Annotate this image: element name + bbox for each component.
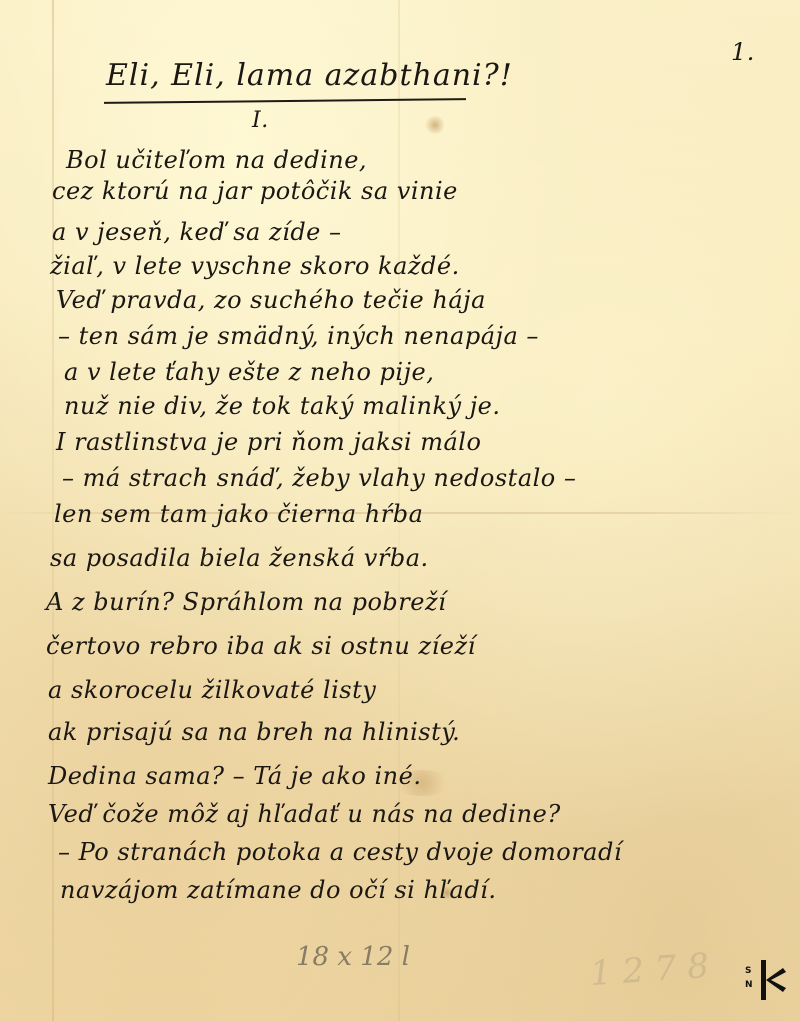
pencil-annotation: 18 x 12 l — [296, 942, 410, 972]
poem-line: a v lete ťahy ešte z neho pije, — [64, 358, 434, 386]
poem-line: nuž nie div, že tok taký malinký je. — [64, 392, 500, 420]
poem-line: – má strach snáď, žeby vlahy nedostalo – — [62, 464, 576, 492]
faint-shelfmark: 1 2 7 8 — [589, 946, 710, 994]
poem-line: A z burín? Spráhlom na pobreží — [46, 588, 446, 616]
poem-line: Dedina sama? – Tá je ako iné. — [48, 762, 421, 790]
paper-stain — [424, 116, 446, 134]
poem-line: ak prisajú sa na breh na hlinistý. — [48, 718, 460, 746]
manuscript-page: 1. Eli, Eli, lama azabthani?! I. Bol uči… — [0, 0, 800, 1021]
poem-line: čertovo rebro iba ak si ostnu zíeží — [46, 632, 476, 660]
poem-line: I rastlinstva je pri ňom jaksi málo — [56, 428, 481, 456]
logo-letters: S N — [745, 964, 753, 992]
poem-line: cez ktorú na jar potôčik sa vinie — [52, 177, 458, 205]
poem-line: Veď pravda, zo suchého tečie hája — [56, 286, 486, 314]
snk-library-logo: S N — [745, 960, 787, 1002]
poem-line: len sem tam jako čierna hŕba — [54, 500, 423, 528]
poem-line: žiaľ, v lete vyschne skoro každé. — [50, 252, 460, 280]
poem-line: a skorocelu žilkovaté listy — [48, 676, 376, 704]
title-underline — [104, 98, 466, 104]
poem-line: a v jeseň, keď sa zíde – — [52, 218, 342, 246]
k-mark-icon — [759, 960, 787, 1000]
poem-line: – Po stranách potoka a cesty dvoje domor… — [58, 838, 622, 866]
poem-title: Eli, Eli, lama azabthani?! — [106, 58, 513, 93]
poem-line: – ten sám je smädný, iných nenapája – — [58, 322, 539, 350]
poem-line: Bol učiteľom na dedine, — [66, 146, 367, 174]
section-number: I. — [252, 108, 269, 133]
page-number: 1. — [731, 38, 755, 66]
poem-line: sa posadila biela ženská vŕba. — [50, 544, 429, 572]
poem-line: navzájom zatímane do očí si hľadí. — [60, 876, 496, 904]
poem-line: Veď čože môž aj hľadať u nás na dedine? — [48, 800, 561, 828]
